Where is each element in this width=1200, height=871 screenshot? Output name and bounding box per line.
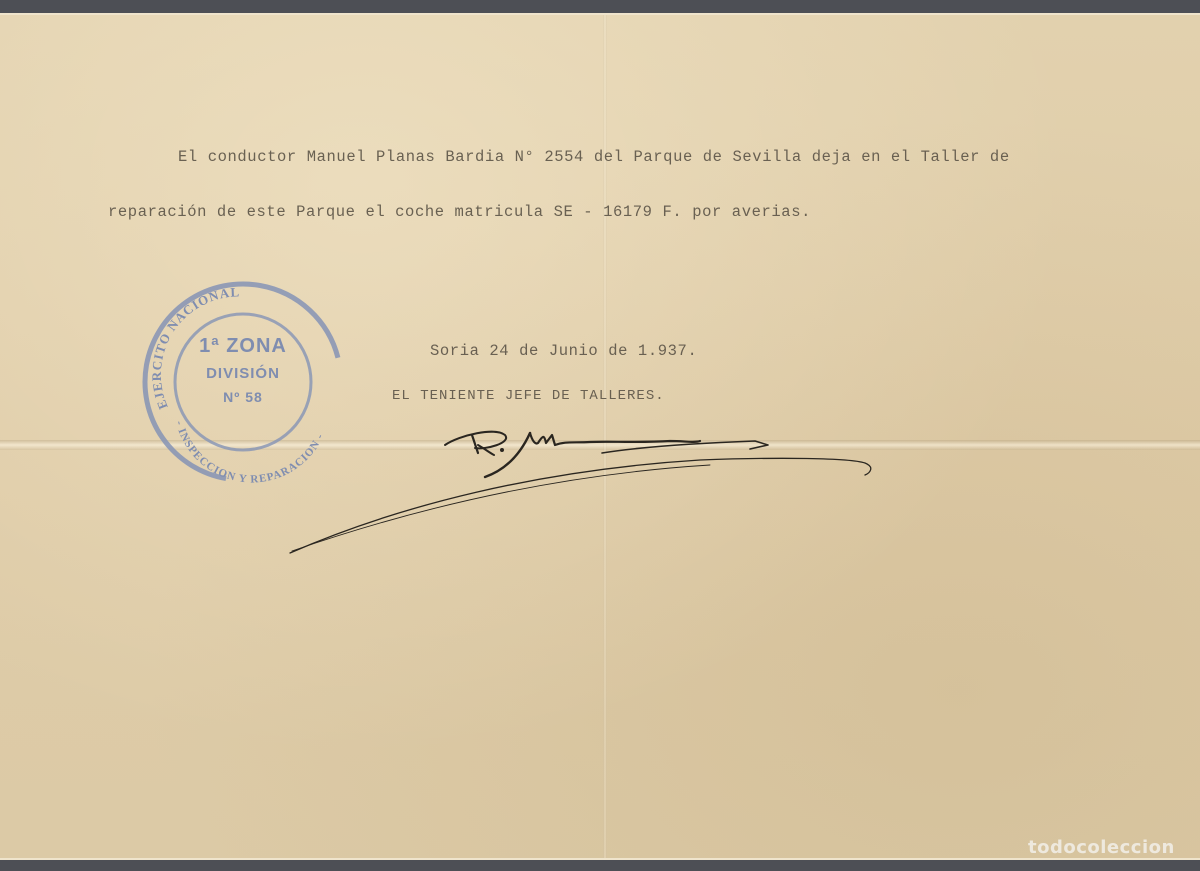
watermark-logo: todocoleccion xyxy=(1028,837,1175,858)
stamp-number: Nº 58 xyxy=(138,389,348,405)
signatory-title: EL TENIENTE JEFE DE TALLERES. xyxy=(392,388,665,404)
stamp-zona: 1ª ZONA xyxy=(138,335,348,358)
signature-icon xyxy=(280,415,880,565)
place-date: Soria 24 de Junio de 1.937. xyxy=(430,342,697,360)
stamp-division: DIVISIÓN xyxy=(138,365,348,382)
document-paper: El conductor Manuel Planas Bardia N° 255… xyxy=(0,13,1200,860)
body-line-1: El conductor Manuel Planas Bardia N° 255… xyxy=(178,148,1010,166)
body-line-2: reparación de este Parque el coche matri… xyxy=(108,203,811,221)
